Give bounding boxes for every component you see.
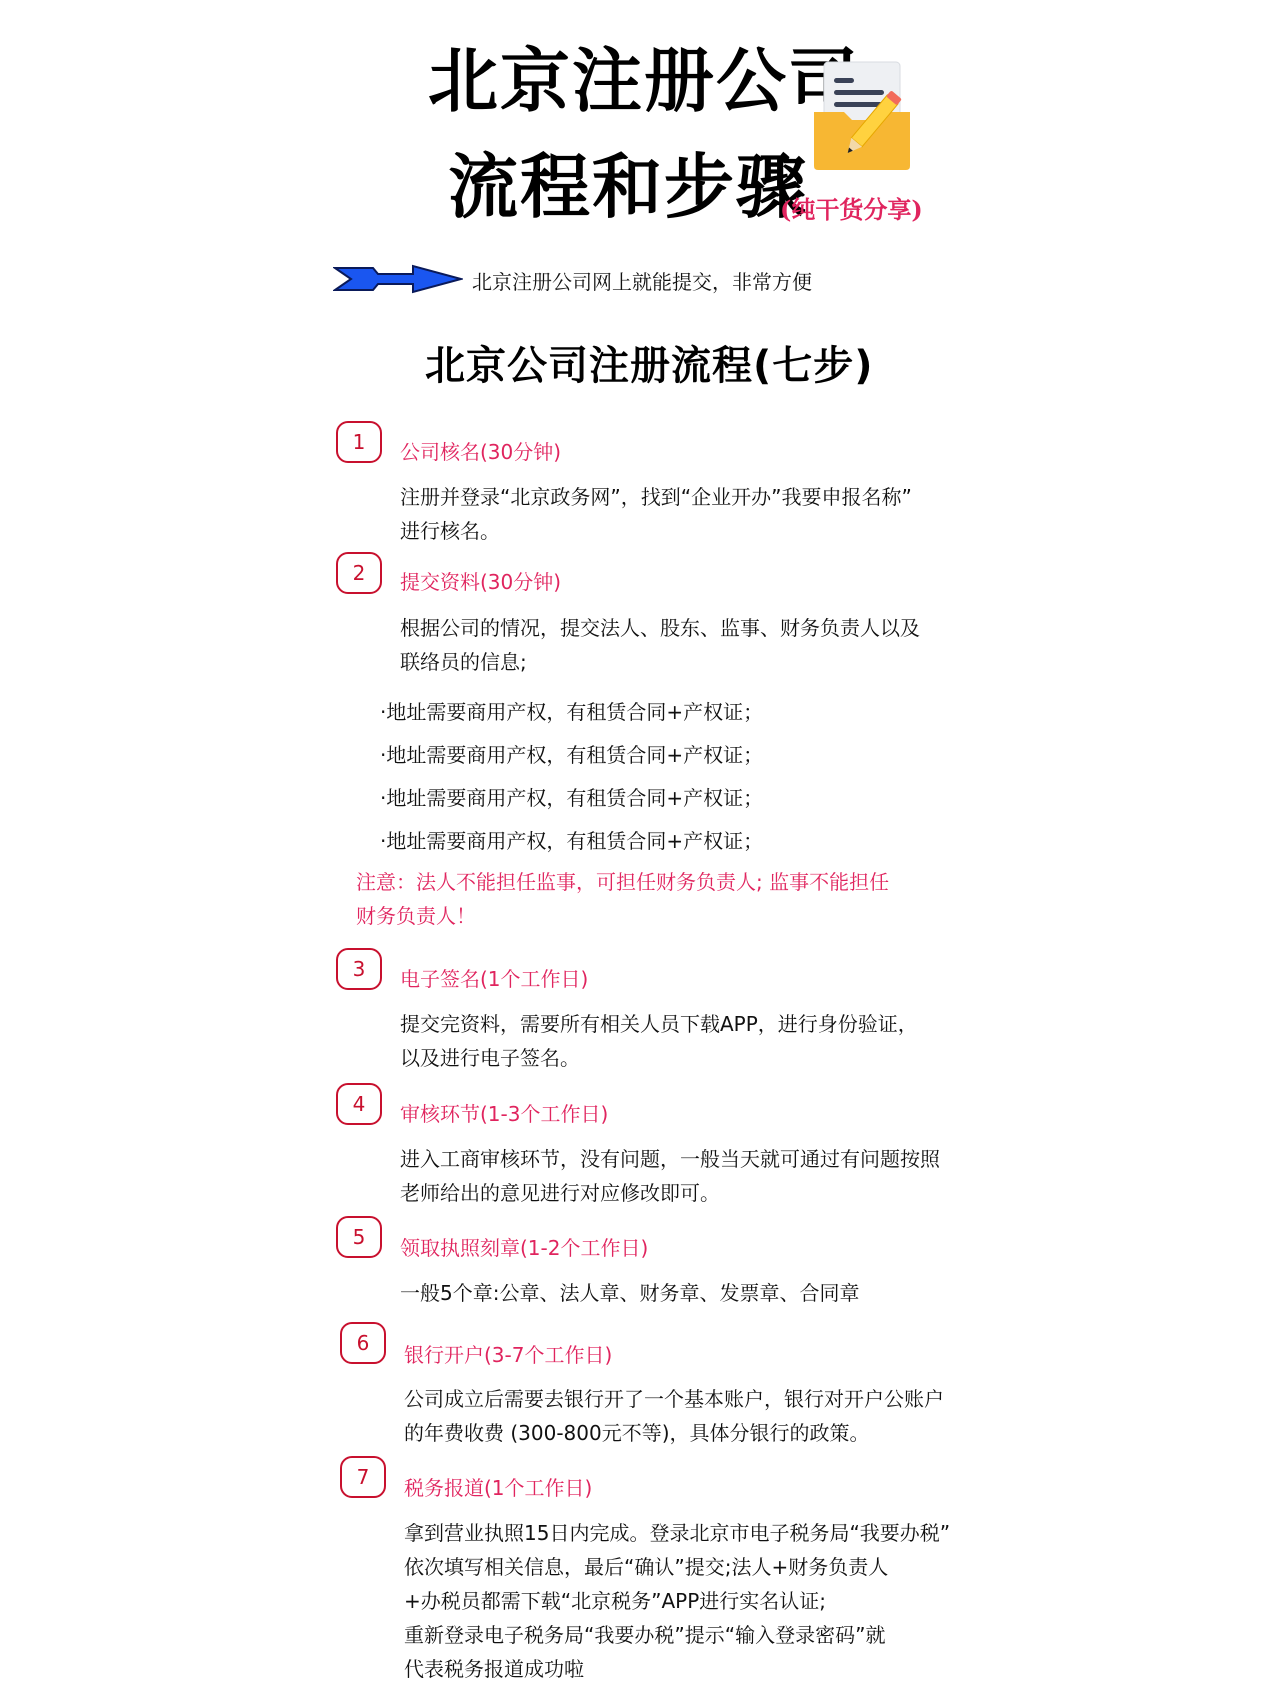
step-text-7: 拿到营业执照15日内完成。登录北京市电子税务局“我要办税” 依次填写相关信息，最… xyxy=(404,1516,950,1686)
bullet-item: ·地址需要商用产权，有租赁合同+产权证； xyxy=(380,825,763,854)
blue-arrow-icon xyxy=(333,264,463,294)
bullet-item: ·地址需要商用产权，有租赁合同+产权证； xyxy=(380,696,763,725)
title-line-1: 北京注册公司 xyxy=(428,46,860,116)
document-pencil-icon xyxy=(812,60,912,172)
step-title-2: 提交资料(30分钟) xyxy=(400,566,561,595)
step-text-5: 一般5个章:公章、法人章、财务章、发票章、合同章 xyxy=(400,1276,859,1310)
intro-text: 北京注册公司网上就能提交，非常方便 xyxy=(472,266,812,295)
title-line-2: 流程和步骤 xyxy=(448,152,808,222)
step-title-5: 领取执照刻章(1-2个工作日) xyxy=(400,1232,648,1261)
step-badge-2: 2 xyxy=(336,552,382,594)
step-title-7: 税务报道(1个工作日) xyxy=(404,1472,592,1501)
step-title-1: 公司核名(30分钟) xyxy=(400,436,561,465)
step-badge-1: 1 xyxy=(336,421,382,463)
step-title-3: 电子签名(1个工作日) xyxy=(400,963,588,992)
step-title-6: 银行开户(3-7个工作日) xyxy=(404,1339,612,1368)
step-text-3: 提交完资料，需要所有相关人员下载APP，进行身份验证， 以及进行电子签名。 xyxy=(400,1007,918,1075)
step-badge-4: 4 xyxy=(336,1083,382,1125)
step-badge-5: 5 xyxy=(336,1216,382,1258)
warning-note: 注意：法人不能担任监事，可担任财务负责人; 监事不能担任 财务负责人！ xyxy=(356,865,889,933)
section-title: 北京公司注册流程(七步) xyxy=(425,334,874,391)
step-text-6: 公司成立后需要去银行开了一个基本账户，银行对开户公账户 的年费收费 (300-8… xyxy=(404,1382,944,1450)
bullet-item: ·地址需要商用产权，有租赁合同+产权证； xyxy=(380,782,763,811)
step-badge-7: 7 xyxy=(340,1456,386,1498)
step-title-4: 审核环节(1-3个工作日) xyxy=(400,1098,608,1127)
step-badge-3: 3 xyxy=(336,948,382,990)
step-badge-6: 6 xyxy=(340,1322,386,1364)
bullet-item: ·地址需要商用产权，有租赁合同+产权证； xyxy=(380,739,763,768)
step-text-1: 注册并登录“北京政务网”，找到“企业开办”我要申报名称” 进行核名。 xyxy=(400,480,912,548)
step-text-4: 进入工商审核环节，没有问题，一般当天就可通过有问题按照 老师给出的意见进行对应修… xyxy=(400,1142,940,1210)
step-text-2: 根据公司的情况，提交法人、股东、监事、财务负责人以及 联络员的信息; xyxy=(400,611,920,679)
title-note: (纯干货分享) xyxy=(780,190,923,225)
